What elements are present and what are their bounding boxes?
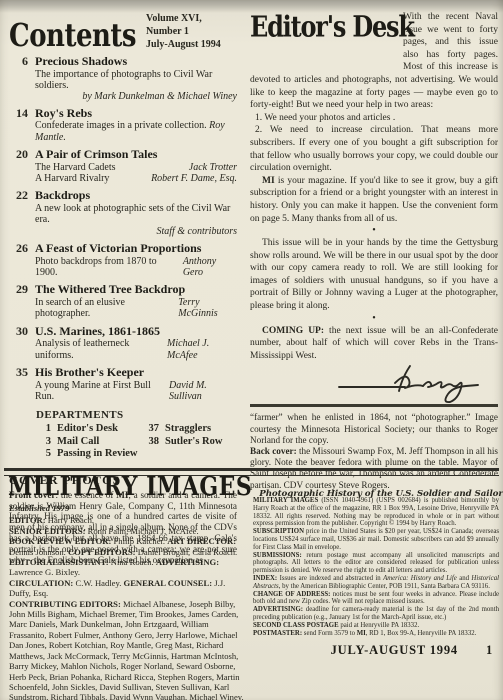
index-info: INDEX: Issues are indexed and abstracted… (253, 575, 499, 591)
page-number: 1 (36, 423, 51, 436)
departments-title: DEPARTMENTS (36, 409, 237, 421)
table-of-contents: 6 Precious Shadows The importance of pho… (9, 55, 237, 402)
editors-desk-paragraph: This issue will be in your hands by the … (250, 237, 498, 313)
article-title: Backdrops (35, 189, 237, 203)
toc-item-brothers-keeper: 35 His Brother's Keeper A young Marine a… (9, 366, 237, 402)
established-line: Established 1979 (9, 503, 248, 513)
page-number: 14 (9, 107, 28, 143)
departments-section: DEPARTMENTS 1Editor's Desk 3Mail Call 5P… (36, 409, 237, 461)
page-number: 3 (36, 436, 51, 449)
postmaster-info: POSTMASTER: send Form 3579 to MI, RD 1, … (253, 630, 499, 638)
page-number: 22 (9, 189, 28, 237)
contents-header: Contents Volume XVI, Number 1 July-Augus… (9, 16, 237, 52)
article-author: Terry McGinnis (178, 297, 237, 320)
department-label: Sutler's Row (165, 436, 222, 449)
staff-line: EDITOR: Harry Roach. (9, 515, 248, 525)
colophon-publication-info: MILITARY IMAGES (ISSN 1040-4961) (USPS 0… (253, 497, 499, 637)
magazine-page: Contents Volume XVI, Number 1 July-Augus… (0, 0, 503, 700)
article-title: Precious Shadows (35, 55, 237, 69)
submissions-info: SUBMISSIONS: return postage must accompa… (253, 552, 499, 575)
page-number: 29 (9, 283, 28, 319)
editors-desk-list-item: 1. We need your photos and articles . (250, 112, 498, 125)
masthead-title: MILITARY IMAGES (8, 474, 252, 500)
article-description: Confederate images in a private collecti… (35, 120, 207, 131)
article-author: Robert F. Dame, Esq. (151, 173, 237, 184)
article-subitem: The Harvard Cadets (35, 162, 116, 173)
toc-item-precious-shadows: 6 Precious Shadows The importance of pho… (9, 55, 237, 103)
staff-line: CIRCULATION: C.W. Hadley. GENERAL COUNSE… (9, 578, 248, 599)
postage-info: SECOND CLASS POSTAGE paid at Henryville … (253, 622, 499, 630)
article-title: U.S. Marines, 1861-1865 (35, 325, 237, 339)
department-item: 3Mail Call (36, 436, 144, 449)
article-title: The Withered Tree Backdrop (35, 283, 237, 297)
advertising-info: ADVERTISING: deadline for camera-ready m… (253, 606, 499, 622)
department-item: 38Sutler's Row (144, 436, 222, 449)
change-of-address-info: CHANGE OF ADDRESS: notices must be sent … (253, 591, 499, 607)
section-separator-bullet: • (250, 225, 498, 237)
page-number: 20 (9, 148, 28, 184)
signature-scribble (337, 360, 492, 404)
contributing-editors-list: CONTRIBUTING EDITORS: Michael Albanese, … (9, 599, 248, 700)
department-label: Mail Call (57, 436, 99, 449)
article-description: A new look at photographic sets of the C… (35, 203, 237, 226)
volume-info: Volume XVI, Number 1 July-August 1994 (146, 12, 237, 52)
page-number: 35 (9, 366, 28, 402)
toc-item-backdrops: 22 Backdrops A new look at photographic … (9, 189, 237, 237)
department-label: Editor's Desk (57, 423, 118, 436)
editors-desk-column: Editor's Desk With the recent Naval issu… (250, 11, 498, 491)
editors-desk-list-item: 2. We need to increase circulation. That… (250, 124, 498, 174)
article-byline: Staff & contributors (35, 226, 237, 237)
editors-desk-paragraph: MI is your magazine. If you'd like to se… (250, 175, 498, 225)
toc-item-us-marines: 30 U.S. Marines, 1861-1865 Analysis of l… (9, 325, 237, 361)
article-title: His Brother's Keeper (35, 366, 237, 380)
section-separator-bullet: • (250, 313, 498, 325)
article-title: Roy's Rebs (35, 107, 237, 121)
page-number: 26 (9, 242, 28, 278)
page-number: 38 (144, 436, 159, 449)
editor-signature (250, 362, 498, 402)
contents-title: Contents (9, 20, 136, 52)
footer-page-number: 1 (486, 643, 493, 658)
staff-line: SENIOR EDITORS: Ronn Palm, Michael J. Mc… (9, 526, 248, 536)
article-title: A Feast of Victorian Proportions (35, 242, 237, 256)
department-item: 37Stragglers (144, 423, 222, 436)
footer-issue-date: JULY-AUGUST 1994 (331, 643, 458, 658)
article-subitem: A Harvard Rivalry (35, 173, 109, 184)
article-title: A Pair of Crimson Tales (35, 148, 237, 162)
editors-desk-title: Editor's Desk (250, 0, 396, 73)
publication-info: MILITARY IMAGES (ISSN 1040-4961) (USPS 0… (253, 497, 499, 528)
subscription-info: SUBSCRIPTION price in the United States … (253, 528, 499, 551)
page-footer: JULY-AUGUST 1994 1 (253, 643, 497, 658)
editors-desk-body: Editor's Desk With the recent Naval issu… (250, 11, 498, 362)
page-number: 5 (36, 448, 51, 461)
department-label: Passing in Review (57, 448, 138, 461)
article-description: Photo backdrops from 1870 to 1900. (35, 256, 177, 279)
issue-date: July-August 1994 (146, 38, 237, 51)
volume-number: Volume XVI, Number 1 (146, 12, 237, 38)
section-divider (250, 404, 498, 407)
page-number: 30 (9, 325, 28, 361)
article-author: Michael J. McAfee (167, 338, 237, 361)
colophon-staff: Established 1979 EDITOR: Harry Roach. SE… (9, 503, 248, 700)
article-description: The importance of photographs to Civil W… (35, 69, 237, 92)
article-description: A young Marine at First Bull Run. (35, 380, 163, 403)
cover-photos-front-continuation: “farmer” when he enlisted in 1864, not “… (250, 412, 498, 446)
article-byline: by Mark Dunkelman & Michael Winey (35, 91, 237, 102)
toc-item-crimson-tales: 20 A Pair of Crimson Tales The Harvard C… (9, 148, 237, 184)
article-author: Anthony Gero (183, 256, 237, 279)
toc-item-roys-rebs: 14 Roy's Rebs Confederate images in a pr… (9, 107, 237, 143)
article-author: Jack Trotter (189, 162, 237, 173)
article-description: Analysis of leatherneck uniforms. (35, 338, 161, 361)
page-number: 6 (9, 55, 28, 103)
toc-item-withered-tree: 29 The Withered Tree Backdrop In search … (9, 283, 237, 319)
article-author: David M. Sullivan (169, 380, 237, 403)
department-label: Stragglers (165, 423, 211, 436)
toc-item-victorian-proportions: 26 A Feast of Victorian Proportions Phot… (9, 242, 237, 278)
staff-line: BOOK REVIEW EDITOR: Philip Katcher. ART … (9, 536, 248, 578)
department-item: 5Passing in Review (36, 448, 144, 461)
article-description: In search of an elusive photographer. (35, 297, 172, 320)
page-number: 37 (144, 423, 159, 436)
department-item: 1Editor's Desk (36, 423, 144, 436)
editors-desk-paragraph: COMING UP: the next issue will be an all… (250, 325, 498, 363)
